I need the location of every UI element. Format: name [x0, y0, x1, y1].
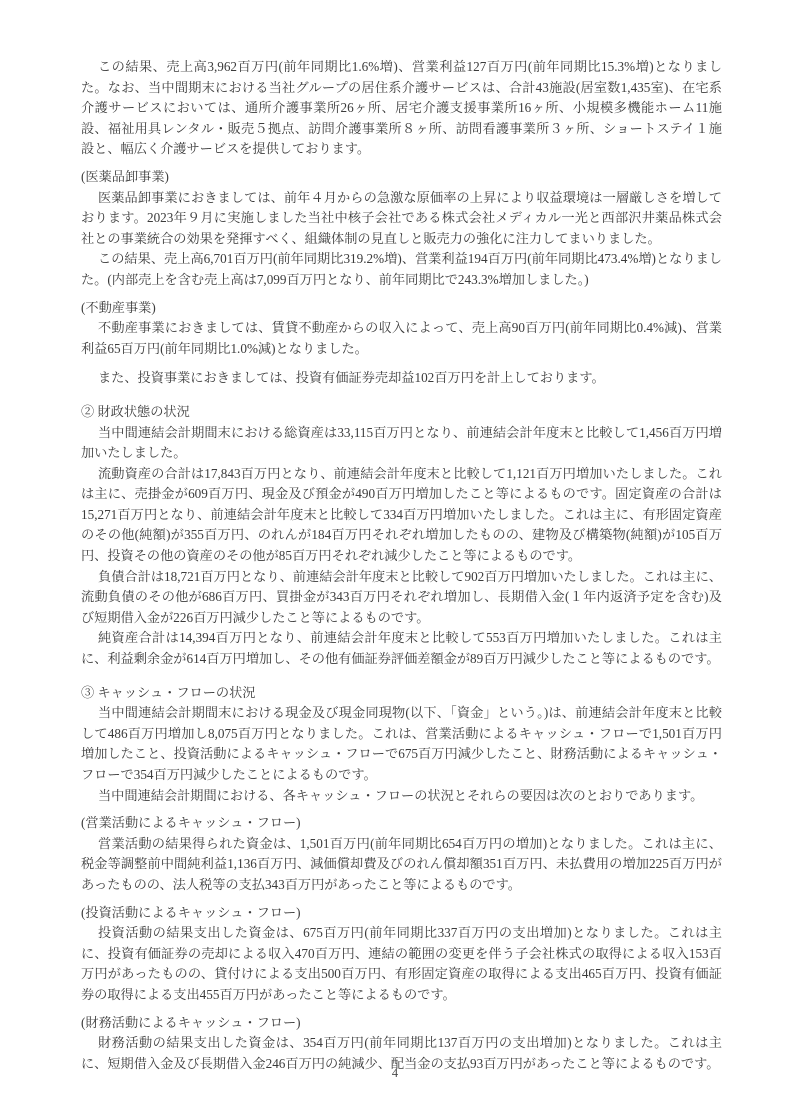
real-estate-heading: (不動産事業) [81, 298, 722, 319]
pharma-wholesale-paragraph-2: この結果、売上高6,701百万円(前年同期比319.2%増)、営業利益194百万… [81, 249, 722, 290]
financing-cash-flow-heading: (財務活動によるキャッシュ・フロー) [81, 1013, 722, 1034]
financial-position-paragraph-1: 当中間連結会計期間末における総資産は33,115百万円となり、前連結会計年度末と… [81, 423, 722, 464]
cash-flow-paragraph-2: 当中間連結会計期間における、各キャッシュ・フローの状況とそれらの要因は次のとおり… [81, 786, 722, 807]
page-number: 4 [0, 1066, 790, 1081]
operating-cash-flow-paragraph: 営業活動の結果得られた資金は、1,501百万円(前年同期比654百万円の増加)と… [81, 834, 722, 896]
document-page: この結果、売上高3,962百万円(前年同期比1.6%増)、営業利益127百万円(… [0, 0, 790, 1118]
pharma-wholesale-heading: (医薬品卸事業) [81, 167, 722, 188]
care-business-results-paragraph: この結果、売上高3,962百万円(前年同期比1.6%増)、営業利益127百万円(… [81, 57, 722, 160]
financial-position-heading: ② 財政状態の状況 [81, 402, 722, 423]
investment-business-paragraph: また、投資事業におきましては、投資有価証券売却益102百万円を計上しております。 [81, 368, 722, 389]
operating-cash-flow-heading: (営業活動によるキャッシュ・フロー) [81, 813, 722, 834]
investing-cash-flow-paragraph: 投資活動の結果支出した資金は、675百万円(前年同期比337百万円の支出増加)と… [81, 923, 722, 1005]
pharma-wholesale-paragraph-1: 医薬品卸事業におきましては、前年４月からの急激な原価率の上昇により収益環境は一層… [81, 188, 722, 250]
cash-flow-paragraph-1: 当中間連結会計期間末における現金及び現金同現物(以下、「資金」という。)は、前連… [81, 703, 722, 785]
real-estate-paragraph-1: 不動産事業におきましては、賃貸不動産からの収入によって、売上高90百万円(前年同… [81, 318, 722, 359]
financial-position-paragraph-2: 流動資産の合計は17,843百万円となり、前連結会計年度末と比較して1,121百… [81, 464, 722, 567]
financial-position-paragraph-3: 負債合計は18,721百万円となり、前連結会計年度末と比較して902百万円増加い… [81, 567, 722, 629]
cash-flow-heading: ③ キャッシュ・フローの状況 [81, 683, 722, 704]
investing-cash-flow-heading: (投資活動によるキャッシュ・フロー) [81, 903, 722, 924]
page-content: この結果、売上高3,962百万円(前年同期比1.6%増)、営業利益127百万円(… [81, 57, 722, 1074]
financial-position-paragraph-4: 純資産合計は14,394百万円となり、前連結会計年度末と比較して553百万円増加… [81, 628, 722, 669]
